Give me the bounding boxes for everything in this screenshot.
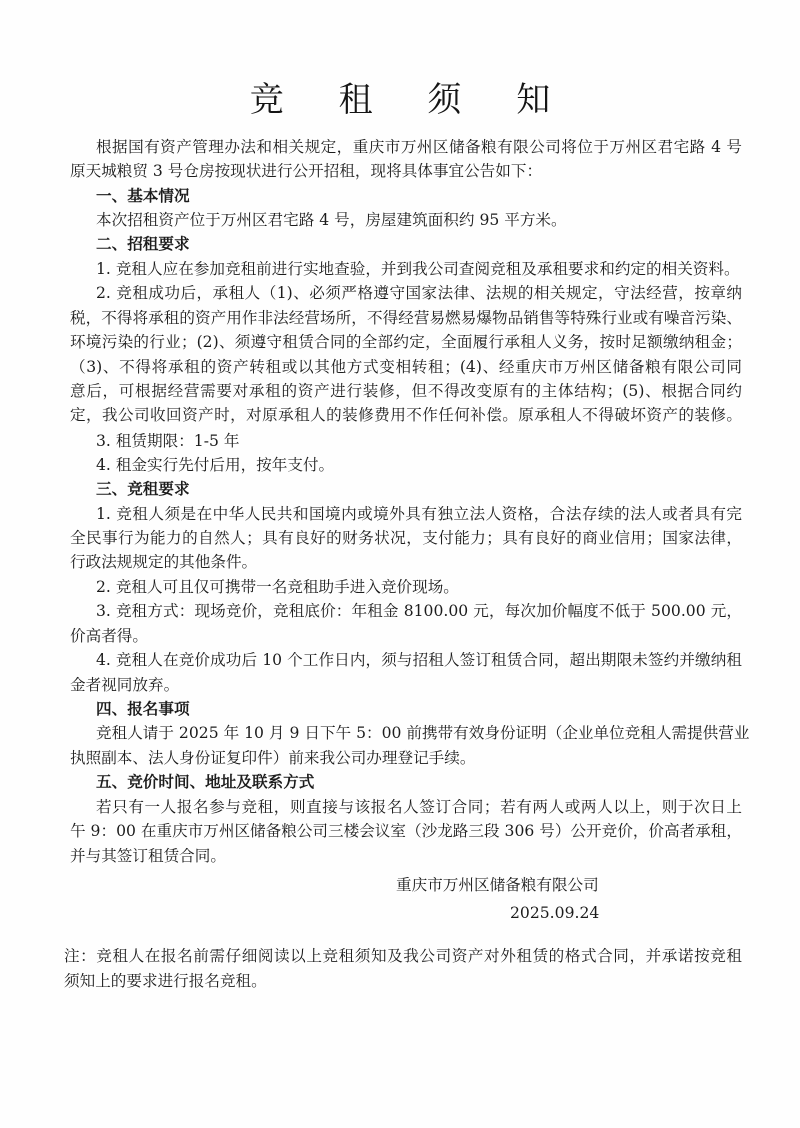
- section3-item1-line1: 1. 竞租人须是在中华人民共和国境内或境外具有独立法人资格，合法存续的法人或者具…: [96, 503, 742, 525]
- signature-company: 重庆市万州区储备粮有限公司: [396, 874, 599, 896]
- section2-item2-line4: （3)、不得将承租的资产转租或以其他方式变相转租；(4)、经重庆市万州区储备粮有…: [70, 356, 742, 378]
- section3-item1-line3: 行政法规规定的其他条件。: [70, 551, 742, 573]
- section3-item2: 2. 竞租人可且仅可携带一名竞租助手进入竞价现场。: [96, 576, 742, 598]
- section3-item4-line2: 金者视同放弃。: [70, 674, 742, 696]
- section2-item1: 1. 竞租人应在参加竞租前进行实地查验，并到我公司查阅竞租及承租要求和约定的相关…: [96, 258, 742, 280]
- section3-heading: 三、竞租要求: [96, 478, 742, 500]
- signature-date: 2025.09.24: [510, 902, 599, 924]
- section4-heading: 四、报名事项: [96, 698, 742, 720]
- section4-line1: 竞租人请于 2025 年 10 月 9 日下午 5：00 前携带有效身份证明（企…: [96, 722, 742, 744]
- document-page: 竞 租 须 知 根据国有资产管理办法和相关规定，重庆市万州区储备粮有限公司将位于…: [0, 0, 800, 1128]
- section5-line3: 并与其签订租赁合同。: [70, 845, 742, 867]
- section5-line1: 若只有一人报名参与竞租，则直接与该报名人签订合同；若有两人或两人以上，则于次日上: [96, 796, 742, 818]
- section1-heading: 一、基本情况: [96, 185, 742, 207]
- section2-item2-line1: 2. 竞租成功后，承租人（1)、必须严格遵守国家法律、法规的相关规定，守法经营，…: [96, 282, 742, 304]
- section2-item2-line3: 环境污染的行业；(2)、须遵守租赁合同的全部约定，全面履行承租人义务，按时足额缴…: [70, 331, 742, 353]
- section2-item2-line2: 税，不得将承租的资产用作非法经营场所，不得经营易燃易爆物品销售等特殊行业或有噪音…: [70, 307, 742, 329]
- section2-item2-line5: 意后，可根据经营需要对承租的资产进行装修，但不得改变原有的主体结构；(5)、根据…: [70, 380, 742, 402]
- section3-item3-line1: 3. 竞租方式：现场竞价，竞租底价：年租金 8100.00 元，每次加价幅度不低…: [96, 600, 742, 622]
- section2-item2-line6: 定，我公司收回资产时，对原承租人的装修费用不作任何补偿。原承租人不得破坏资产的装…: [70, 404, 742, 426]
- note-line-1: 注：竞租人在报名前需仔细阅读以上竞租须知及我公司资产对外租赁的格式合同，并承诺按…: [64, 945, 742, 967]
- note-line-2: 须知上的要求进行报名竞租。: [64, 970, 742, 992]
- section3-item1-line2: 全民事行为能力的自然人；具有良好的财务状况，支付能力；具有良好的商业信用；国家法…: [70, 527, 742, 549]
- section3-item4-line1: 4. 竞租人在竞价成功后 10 个工作日内，须与招租人签订租赁合同，超出期限未签…: [96, 649, 742, 671]
- section2-item3: 3. 租赁期限：1-5 年: [96, 430, 742, 452]
- section2-item4: 4. 租金实行先付后用，按年支付。: [96, 454, 742, 476]
- section5-line2: 午 9：00 在重庆市万州区储备粮公司三楼会议室（沙龙路三段 306 号）公开竞…: [70, 820, 742, 842]
- section5-heading: 五、竞价时间、地址及联系方式: [96, 771, 742, 793]
- section4-line2: 执照副本、法人身份证复印件）前来我公司办理登记手续。: [70, 747, 742, 769]
- document-title: 竞 租 须 知: [0, 72, 800, 121]
- section3-item3-line2: 价高者得。: [70, 625, 742, 647]
- section1-text: 本次招租资产位于万州区君宅路 4 号，房屋建筑面积约 95 平方米。: [96, 209, 742, 231]
- intro-line-2: 原天城粮贸 3 号仓房按现状进行公开招租，现将具体事宜公告如下：: [70, 160, 742, 182]
- intro-line-1: 根据国有资产管理办法和相关规定，重庆市万州区储备粮有限公司将位于万州区君宅路 4…: [96, 136, 742, 158]
- section2-heading: 二、招租要求: [96, 233, 742, 255]
